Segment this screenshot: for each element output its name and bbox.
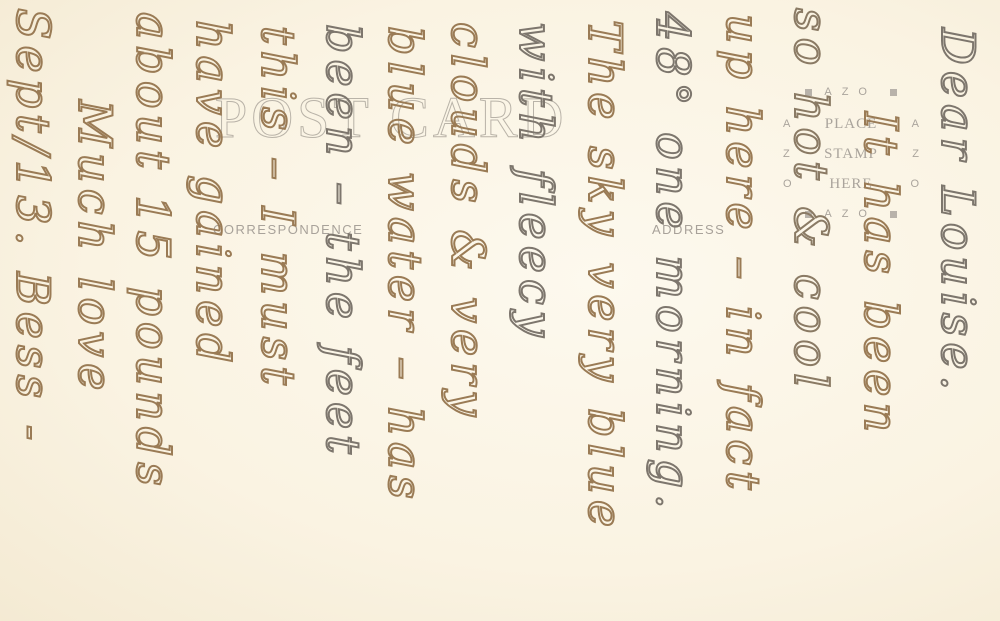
handwriting-line: Much love: [68, 100, 122, 396]
handwriting-line: this – I must: [251, 26, 305, 391]
handwriting-line: It has been: [854, 112, 908, 438]
handwriting-line: have gained: [186, 20, 240, 369]
handwriting-line: about 15 pounds: [126, 12, 180, 492]
handwriting-line: been – the feet: [316, 24, 370, 460]
handwriting-line: with fleecy: [509, 22, 563, 343]
handwriting-line: The sky very blue: [578, 20, 632, 533]
handwriting-line: blue water – has: [378, 26, 432, 505]
handwriting-signature: Sept/13. Bess -: [6, 8, 60, 446]
corner-square-icon: [890, 89, 897, 96]
handwriting-line: so hot & cool: [784, 8, 838, 394]
postcard-back: POST CARD CORRESPONDENCE ADDRESS AZO A Z…: [0, 0, 1000, 621]
handwriting-line: Dear Louise.: [931, 28, 985, 396]
handwriting-line: 48° one morning.: [646, 12, 700, 515]
handwriting-line: up here – in fact: [716, 14, 770, 496]
handwriting-line: clouds & very: [441, 22, 495, 422]
